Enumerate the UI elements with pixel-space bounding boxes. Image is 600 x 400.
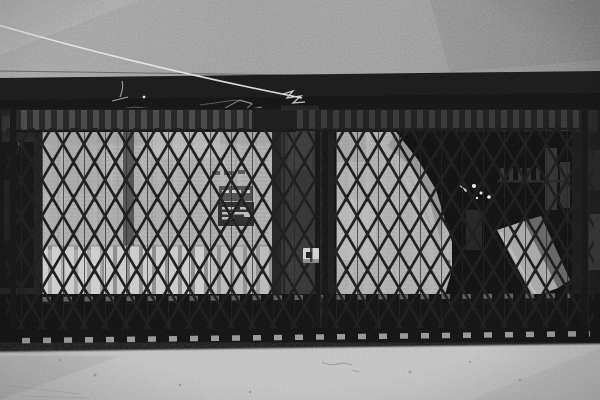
vignette-overlay — [0, 0, 600, 400]
photo-canvas — [0, 0, 600, 400]
storefront-photo — [0, 0, 600, 400]
